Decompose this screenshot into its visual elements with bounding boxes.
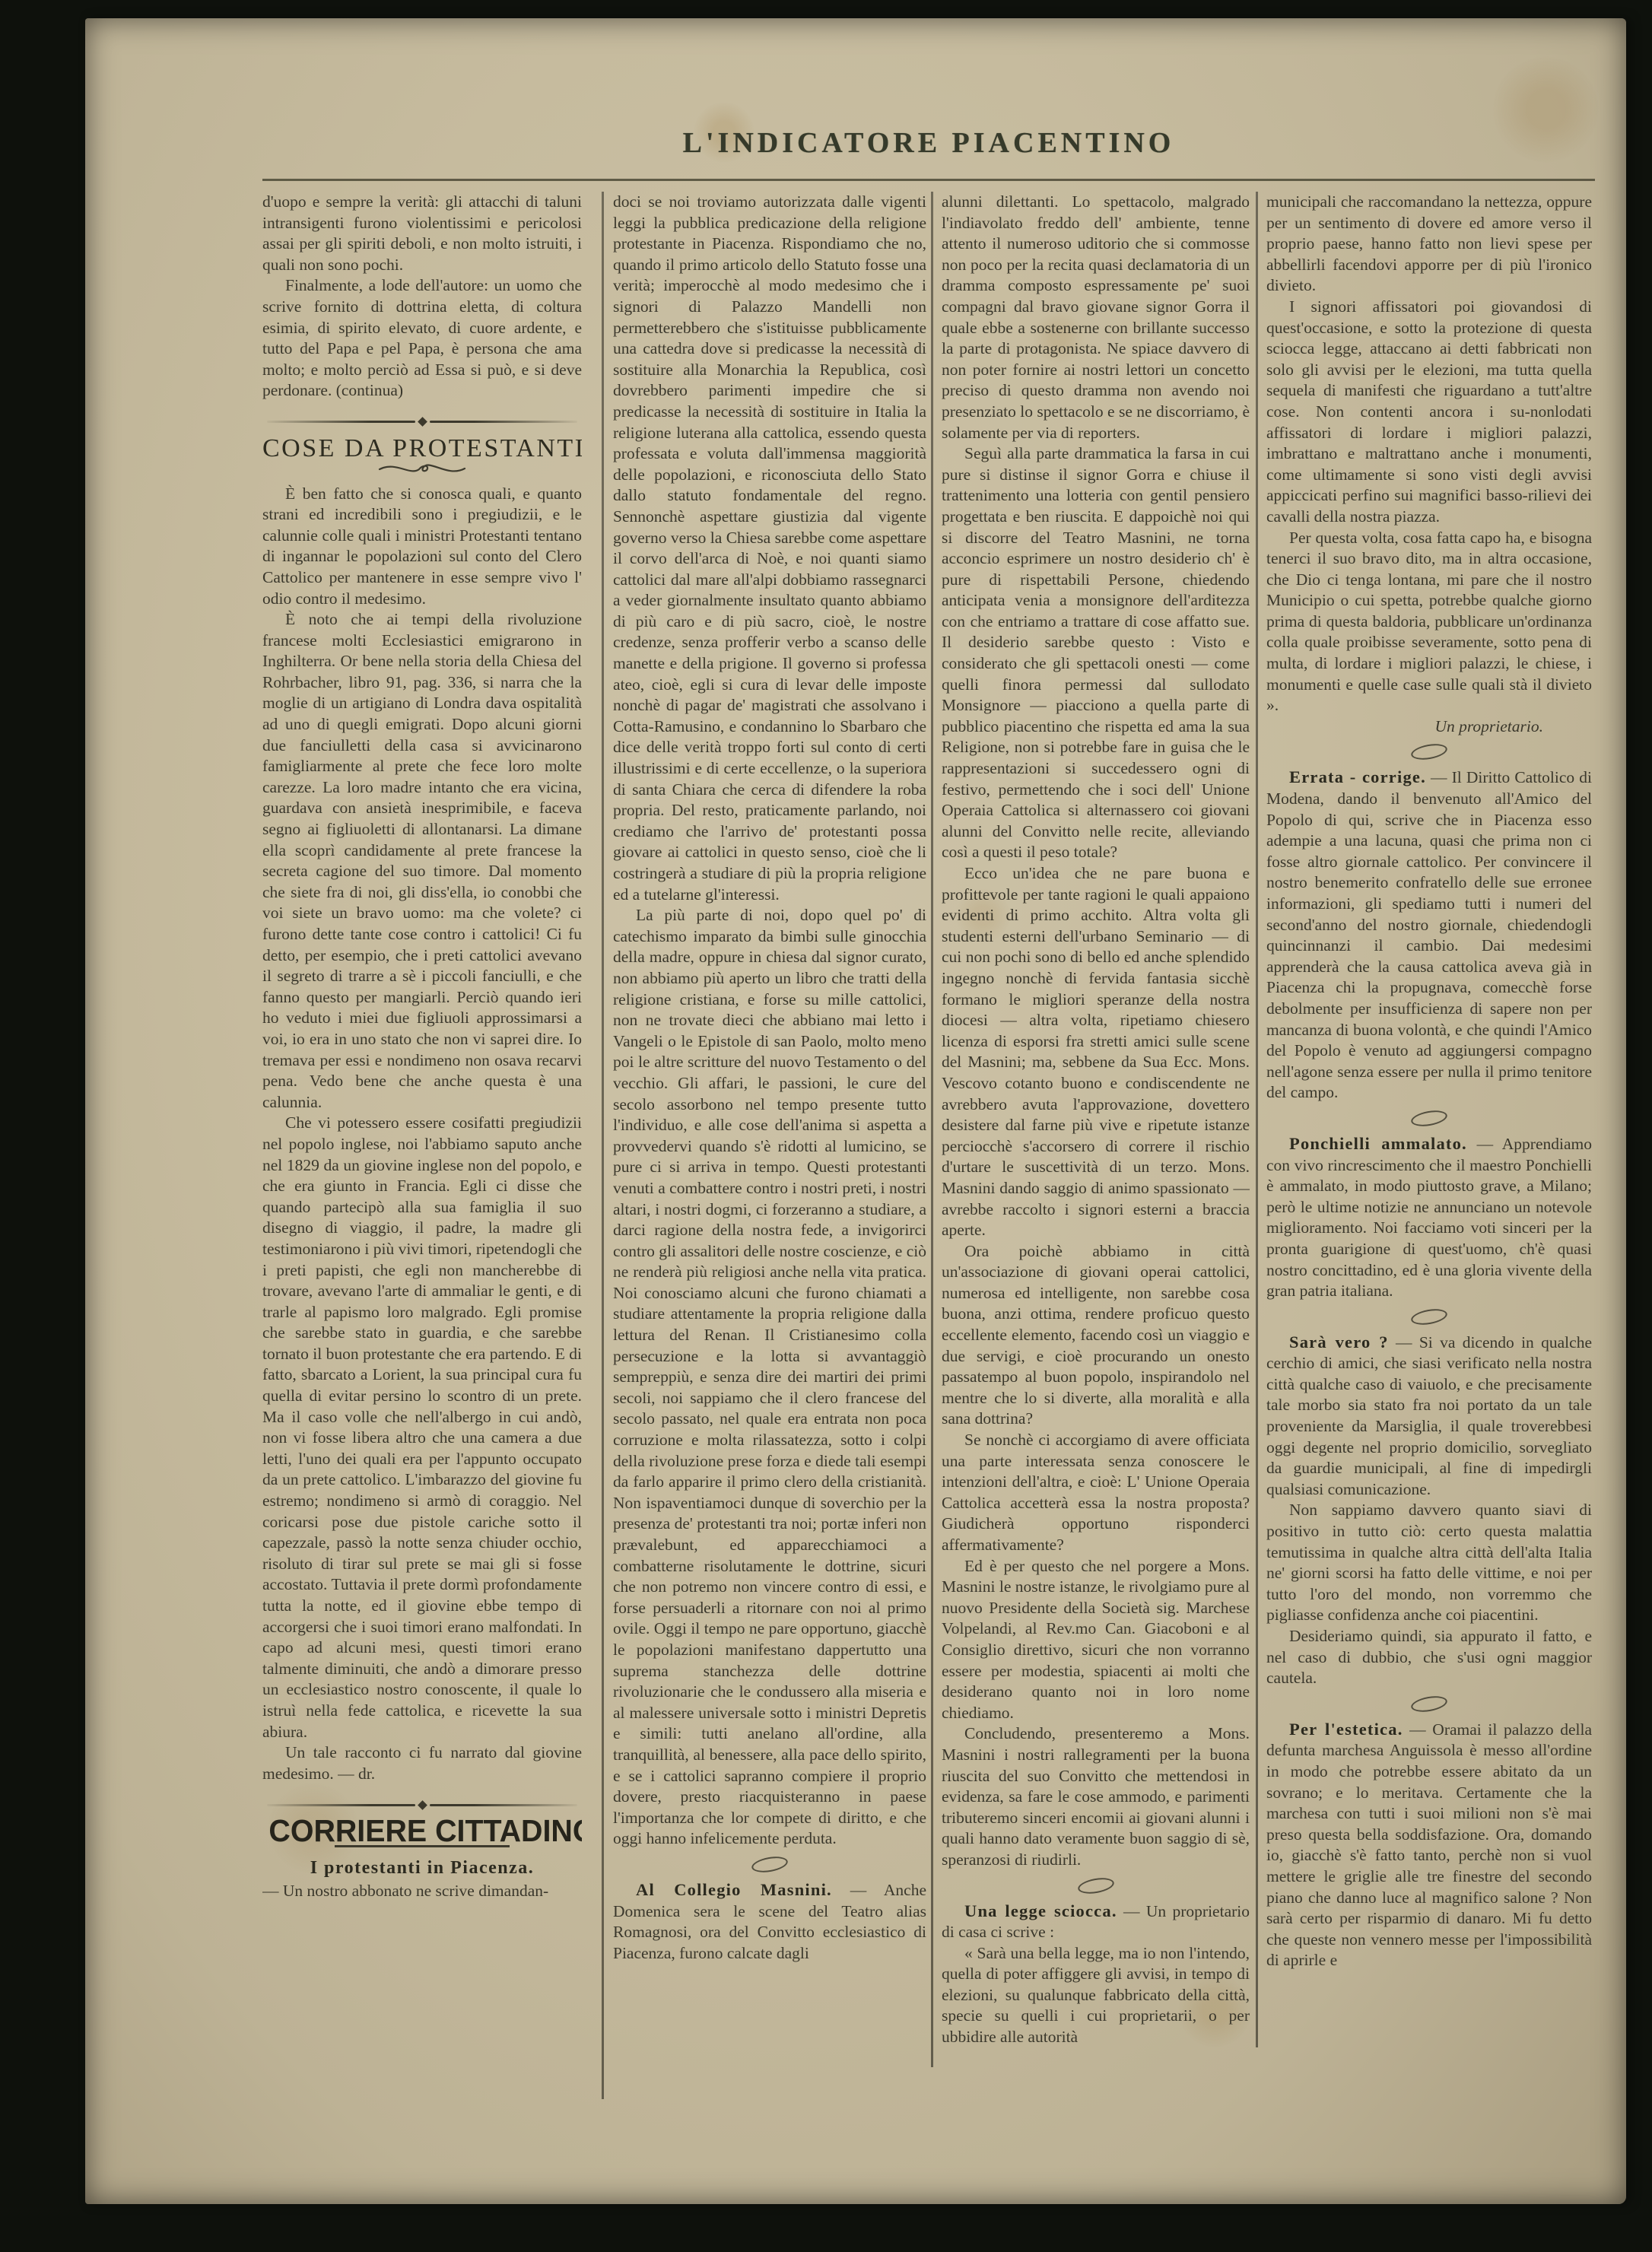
paragraph: Concludendo, presenteremo a Mons. Masnin… (942, 1723, 1250, 1870)
diamond-icon (418, 1800, 427, 1810)
loop-ornament-icon (751, 1854, 789, 1875)
paragraph: Seguì alla parte drammatica la farsa in … (942, 443, 1250, 863)
paragraph: Che vi potessero essere cosifatti pregiu… (262, 1113, 582, 1742)
book-spine-page-edges (0, 0, 85, 2252)
diamond-icon (418, 418, 427, 427)
article-lead-in: Ponchielli ammalato. (1289, 1134, 1467, 1153)
article-paragraph: Sarà vero ? — Si va dicendo in qualche c… (1266, 1332, 1592, 1501)
paragraph: Per questa volta, cosa fatta capo ha, e … (1266, 528, 1592, 716)
paragraph: Ed è per questo che nel porgere a Mons. … (942, 1556, 1250, 1724)
paragraph: Ecco un'idea che ne pare buona e profitt… (942, 863, 1250, 1241)
article-lead-in: Al Collegio Masnini. (636, 1880, 832, 1899)
paragraph: La più parte di noi, dopo quel po' di ca… (613, 905, 926, 1850)
paragraph: « Sarà una bella legge, ma io non l'inte… (942, 1943, 1250, 2048)
loop-ornament-icon (1410, 1108, 1449, 1129)
column-1: d'uopo e sempre la verità: gli attacchi … (262, 192, 582, 2201)
column-rule (1256, 192, 1258, 2047)
paragraph: doci se noi troviamo autorizzata dalle v… (613, 192, 926, 905)
paragraph: È noto che ai tempi della rivoluzione fr… (262, 609, 582, 1113)
article-paragraph: Una legge sciocca. — Un proprietario di … (942, 1901, 1250, 1943)
paragraph: Se nonchè ci accorgiamo di avere officia… (942, 1430, 1250, 1556)
paragraph: È ben fatto che si conosca quali, e quan… (262, 484, 582, 610)
column-2: doci se noi troviamo autorizzata dalle v… (613, 192, 926, 2201)
paragraph: I signori affissatori poi giovandosi di … (1266, 297, 1592, 528)
section-heading: COSE DA PROTESTANTI (262, 438, 582, 459)
paragraph: Un tale racconto ci fu narrato dal giovi… (262, 1742, 582, 1784)
subsection-heading: I protestanti in Piacenza. (262, 1858, 582, 1879)
column-rule (931, 192, 933, 2067)
paragraph: Desideriamo quindi, sia appurato il fatt… (1266, 1626, 1592, 1689)
loop-ornament-icon (1410, 742, 1449, 762)
masthead-rule (262, 179, 1595, 181)
section-heading-block: CORRIERE CITTADINO (262, 1821, 582, 1847)
article-lead-in: Errata - corrige. (1289, 767, 1426, 786)
paragraph: alunni dilettanti. Lo spettacolo, malgra… (942, 192, 1250, 443)
article-paragraph: Errata - corrige. — Il Diritto Cattolico… (1266, 767, 1592, 1104)
article-paragraph: Per l'estetica. — Oramai il palazzo dell… (1266, 1719, 1592, 1971)
big-heading: CORRIERE CITTADINO (268, 1821, 575, 1842)
loop-ornament-icon (1410, 1307, 1449, 1327)
signature: Un proprietario. (1266, 716, 1592, 738)
paragraph: municipali che raccomandano la nettezza,… (1266, 192, 1592, 297)
article-lead-in: Sarà vero ? (1289, 1332, 1389, 1352)
divider-diamond-icon (267, 1801, 577, 1809)
column-3: alunni dilettanti. Lo spettacolo, malgra… (942, 192, 1250, 2201)
column-rule (602, 192, 604, 2099)
paragraph: Non sappiamo davvero quanto siavi di pos… (1266, 1500, 1592, 1626)
divider-diamond-icon (267, 418, 577, 426)
paragraph: Ora poichè abbiamo in città un'associazi… (942, 1241, 1250, 1430)
loop-ornament-icon (1410, 1694, 1449, 1714)
flourish-ornament-icon (373, 462, 472, 476)
article-lead-in: Una legge sciocca. (964, 1901, 1117, 1920)
loop-ornament-icon (1076, 1875, 1115, 1895)
paragraph: Finalmente, a lode dell'autore: un uomo … (262, 275, 582, 402)
masthead-title: L'INDICATORE PIACENTINO (262, 126, 1595, 160)
column-4: municipali che raccomandano la nettezza,… (1266, 192, 1592, 2201)
article-paragraph: Ponchielli ammalato. — Apprendiamo con v… (1266, 1133, 1592, 1302)
paragraph: d'uopo e sempre la verità: gli attacchi … (262, 192, 582, 275)
article-paragraph: Al Collegio Masnini. — Anche Domenica se… (613, 1879, 926, 1964)
paragraph: — Un nostro abbonato ne scrive dimandan- (262, 1881, 582, 1902)
article-lead-in: Per l'estetica. (1289, 1720, 1403, 1739)
